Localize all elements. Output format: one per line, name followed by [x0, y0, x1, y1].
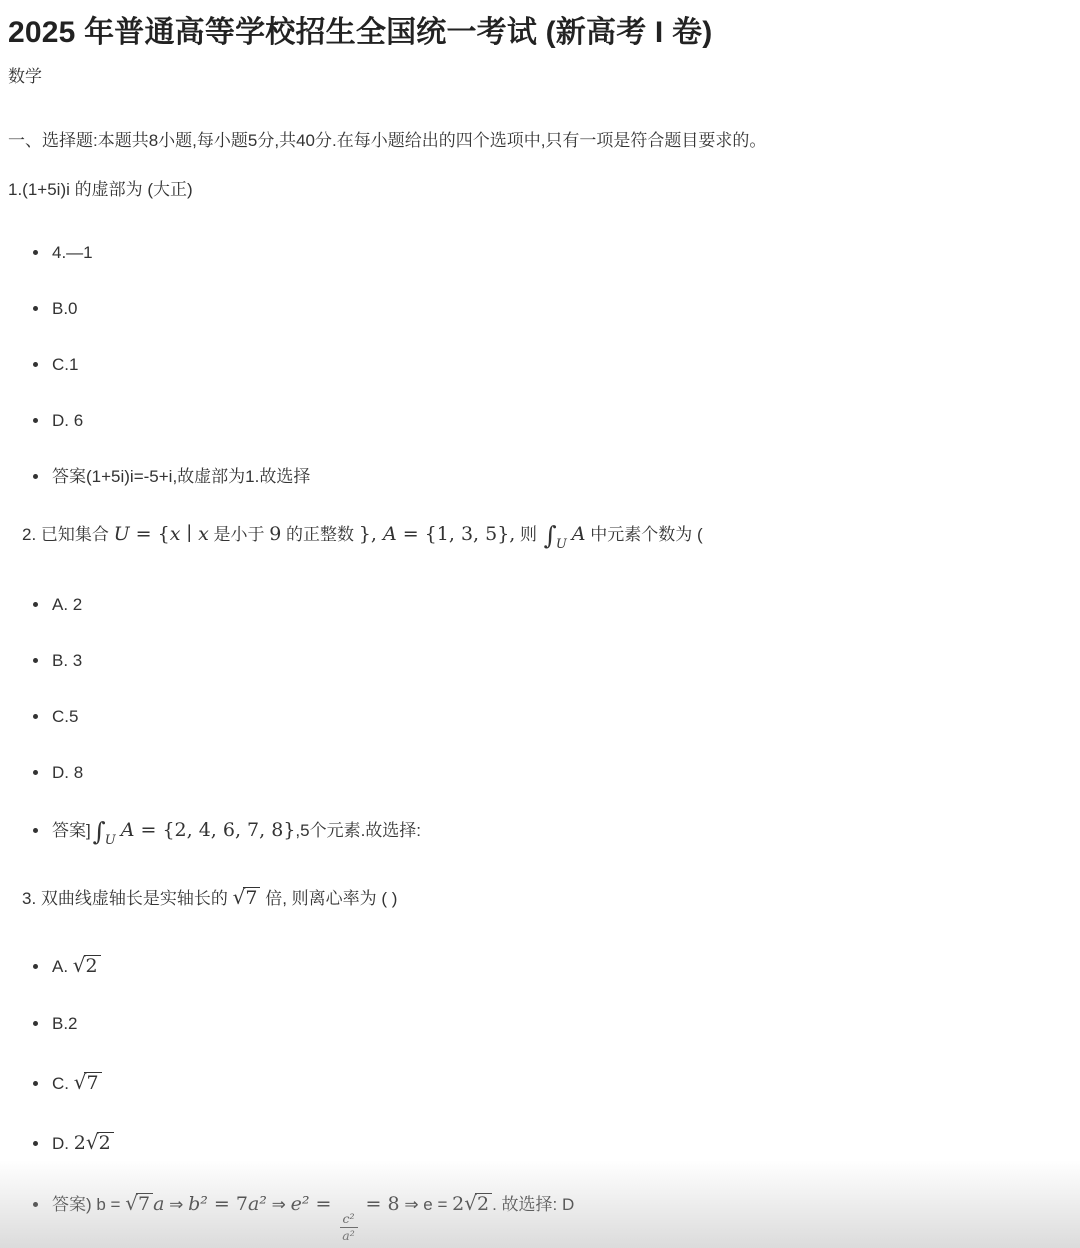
math-segment: = {2, 4, 6, 7, 8} — [134, 819, 295, 841]
option-item: D. 6 — [50, 410, 1070, 432]
math-segment: = 8 — [360, 1193, 400, 1215]
text-segment: B.2 — [52, 1014, 78, 1033]
text-segment: 答案) b = — [52, 1195, 125, 1214]
text-segment: 则 — [515, 525, 541, 544]
math-segment: A — [383, 523, 397, 545]
text-segment: D. — [52, 1134, 74, 1153]
text-segment: ⇒ — [267, 1195, 291, 1214]
sqrt-radical: √7 — [125, 1193, 153, 1215]
option-item: D. 8 — [50, 762, 1070, 784]
text-segment: 倍, 则离心率为 ( ) — [260, 889, 397, 908]
text-segment: C. — [52, 1074, 74, 1093]
question-stem: 2. 已知集合 U = {x ∣ x 是小于 9 的正整数 }, A = {1,… — [8, 522, 1070, 554]
sqrt-radical: √2 — [86, 1132, 114, 1154]
math-segment: U — [114, 523, 130, 545]
text-segment: . 故选择: D — [492, 1195, 574, 1214]
math-segment: = { — [130, 523, 170, 545]
text-segment: C.1 — [52, 355, 78, 374]
text-segment: ⇒ — [164, 1195, 188, 1214]
integral-symbol: ∫U — [544, 523, 567, 545]
text-segment: B.0 — [52, 299, 78, 318]
fraction-denominator: a² — [342, 1228, 354, 1243]
text-segment: 答案(1+5i)i=-5+i,故虚部为1.故选择 — [52, 467, 310, 486]
text-segment: B. 3 — [52, 651, 82, 670]
text-segment: A. 2 — [52, 595, 82, 614]
radicand: 7 — [136, 1193, 153, 1215]
sqrt-radical: √7 — [74, 1072, 102, 1094]
option-item: C. √7 — [50, 1069, 1070, 1096]
text-segment: ⇒ e = — [400, 1195, 453, 1214]
option-item: 答案]∫UA = {2, 4, 6, 7, 8},5个元素.故选择: — [50, 818, 1070, 850]
integral-symbol: ∫U — [93, 819, 116, 841]
sqrt-radical: √2 — [464, 1193, 492, 1215]
math-segment: ∣ — [180, 523, 198, 545]
text-segment: 答案] — [52, 821, 91, 840]
math-segment: 9 — [269, 523, 281, 545]
text-segment: D. 8 — [52, 763, 83, 782]
math-segment: A — [121, 819, 135, 841]
subject-label: 数学 — [8, 67, 1070, 87]
text-segment: 3. 双曲线虚轴长是实轴长的 — [22, 889, 233, 908]
math-segment: e² — [291, 1193, 310, 1215]
options-list: A. 2B. 3C.5D. 8答案]∫UA = {2, 4, 6, 7, 8},… — [8, 594, 1070, 850]
integral-subscript: U — [105, 833, 116, 850]
text-segment: A. — [52, 957, 73, 976]
text-segment: 4.—1 — [52, 243, 93, 262]
question-stem: 3. 双曲线虚轴长是实轴长的 √7 倍, 则离心率为 ( ) — [8, 884, 1070, 912]
option-item: B.0 — [50, 298, 1070, 320]
text-segment: D. 6 — [52, 411, 83, 430]
options-list: 4.—1B.0C.1D. 6答案(1+5i)i=-5+i,故虚部为1.故选择 — [8, 242, 1070, 488]
option-item: D. 2√2 — [50, 1129, 1070, 1156]
option-item: A. √2 — [50, 952, 1070, 979]
text-segment: C.5 — [52, 707, 78, 726]
radicand: 2 — [475, 1193, 492, 1215]
fraction: c²a² — [340, 1212, 358, 1244]
math-segment: a — [153, 1193, 164, 1215]
math-segment: b² — [188, 1193, 208, 1215]
math-segment: 2 — [74, 1132, 86, 1154]
radicand: 7 — [84, 1072, 101, 1094]
text-segment: 2. 已知集合 — [22, 525, 114, 544]
option-item: B. 3 — [50, 650, 1070, 672]
text-segment: 中元素个数为 ( — [586, 525, 703, 544]
radicand: 7 — [243, 887, 260, 909]
math-segment: a² — [248, 1193, 267, 1215]
options-list: A. √2B.2C. √7D. 2√2答案) b = √7a ⇒ b² = 7a… — [8, 952, 1070, 1244]
math-segment: x — [170, 523, 181, 545]
page-title: 2025 年普通高等学校招生全国统一考试 (新高考 I 卷) — [8, 14, 1070, 52]
option-item: 答案) b = √7a ⇒ b² = 7a² ⇒ e² = c²a² = 8 ⇒… — [50, 1190, 1070, 1244]
radicand: 2 — [97, 1132, 114, 1154]
sqrt-radical: √7 — [233, 887, 261, 909]
text-segment: 的正整数 — [281, 525, 358, 544]
question-stem: 1.(1+5i)i 的虚部为 (大正) — [8, 179, 1070, 202]
math-segment: x — [198, 523, 209, 545]
math-segment: 2 — [452, 1193, 464, 1215]
integral-subscript: U — [556, 536, 567, 554]
option-item: C.1 — [50, 354, 1070, 376]
option-item: C.5 — [50, 706, 1070, 728]
sqrt-radical: √2 — [73, 955, 101, 977]
option-item: A. 2 — [50, 594, 1070, 616]
math-segment: = — [310, 1193, 338, 1215]
option-item: 4.—1 — [50, 242, 1070, 264]
text-segment: 是小于 — [209, 525, 269, 544]
fraction-numerator: c² — [340, 1212, 358, 1228]
math-segment: = 7 — [208, 1193, 248, 1215]
radicand: 2 — [84, 955, 101, 977]
text-segment: 1.(1+5i)i 的虚部为 (大正) — [8, 180, 193, 199]
text-segment: ,5个元素.故选择: — [295, 821, 421, 840]
option-item: B.2 — [50, 1013, 1070, 1035]
math-segment: = {1, 3, 5}, — [397, 523, 516, 545]
questions-container: 1.(1+5i)i 的虚部为 (大正)4.—1B.0C.1D. 6答案(1+5i… — [8, 179, 1070, 1244]
math-segment: A — [572, 523, 586, 545]
math-segment: }, — [359, 523, 383, 545]
option-item: 答案(1+5i)i=-5+i,故虚部为1.故选择 — [50, 466, 1070, 488]
section-header: 一、选择题:本题共8小题,每小题5分,共40分.在每小题给出的四个选项中,只有一… — [8, 131, 1070, 151]
